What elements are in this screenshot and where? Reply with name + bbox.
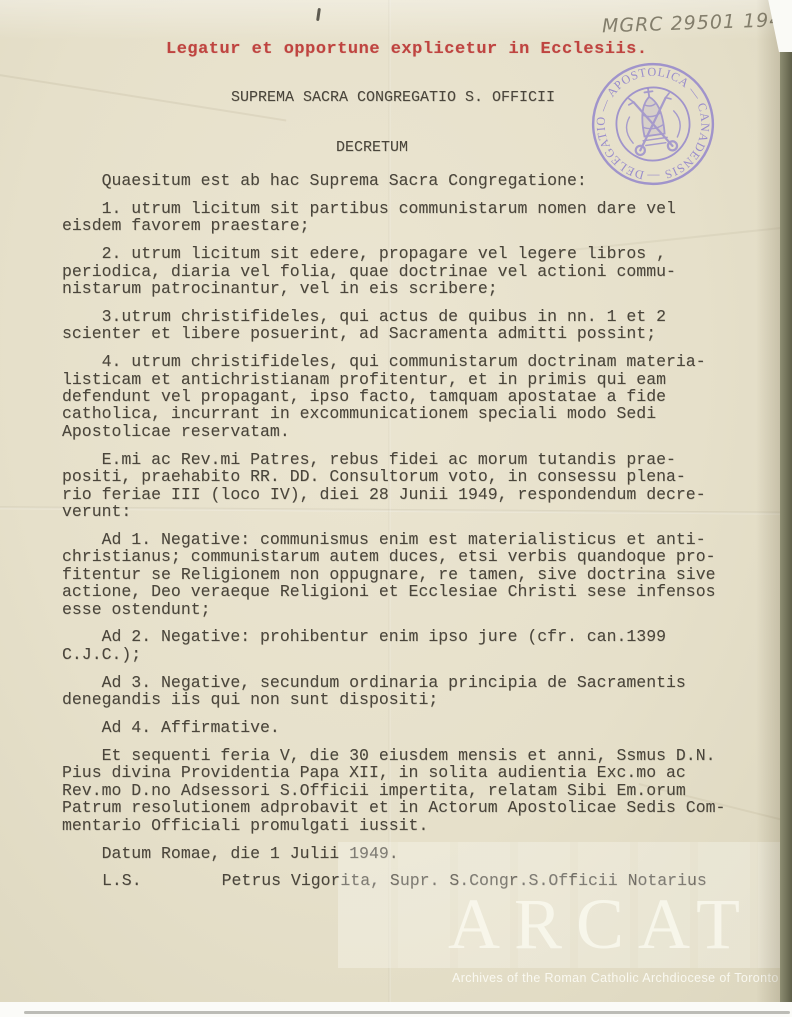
- paragraph-response-1: Ad 1. Negative: communismus enim est mat…: [62, 531, 768, 618]
- paragraph-quaesitum: Quaesitum est ab hac Suprema Sacra Congr…: [62, 172, 768, 189]
- document-page: MGRC 29501 1949 Legatur et opportune exp…: [0, 0, 792, 1002]
- paragraph-response-2: Ad 2. Negative: prohibentur enim ipso ju…: [62, 628, 768, 663]
- paragraph-question-4: 4. utrum christifideles, qui communistar…: [62, 353, 768, 440]
- archive-watermark-acronym: ARCAT: [448, 889, 754, 959]
- red-rubric-instruction: Legatur et opportune explicetur in Eccle…: [166, 40, 648, 59]
- decree-title: DECRETUM: [336, 139, 408, 156]
- paragraph-patres-decision: E.mi ac Rev.mi Patres, rebus fidei ac mo…: [62, 451, 768, 521]
- archive-watermark-caption: Archives of the Roman Catholic Archdioce…: [452, 971, 779, 985]
- paragraph-response-3: Ad 3. Negative, secundum ordinaria princ…: [62, 674, 768, 709]
- page-right-edge: [780, 44, 792, 1002]
- locus-sigilli: L.S.: [62, 872, 142, 889]
- paragraph-question-2: 2. utrum licitum sit edere, propagare ve…: [62, 245, 768, 297]
- congregation-heading: SUPREMA SACRA CONGREGATIO S. OFFICII: [231, 89, 555, 106]
- page-edge-shadow: [756, 0, 780, 1002]
- scan-bottom-edge-line: [24, 1011, 790, 1014]
- paragraph-response-4: Ad 4. Affirmative.: [62, 719, 768, 736]
- paragraph-papal-approval: Et sequenti feria V, die 30 eiusdem mens…: [62, 747, 768, 834]
- pen-tick-mark: [316, 8, 321, 21]
- decree-body: Quaesitum est ab hac Suprema Sacra Congr…: [62, 172, 768, 890]
- paragraph-question-3: 3.utrum christifideles, qui actus de qui…: [62, 308, 768, 343]
- scanned-document: MGRC 29501 1949 Legatur et opportune exp…: [0, 0, 792, 1017]
- paragraph-question-1: 1. utrum licitum sit partibus communista…: [62, 200, 768, 235]
